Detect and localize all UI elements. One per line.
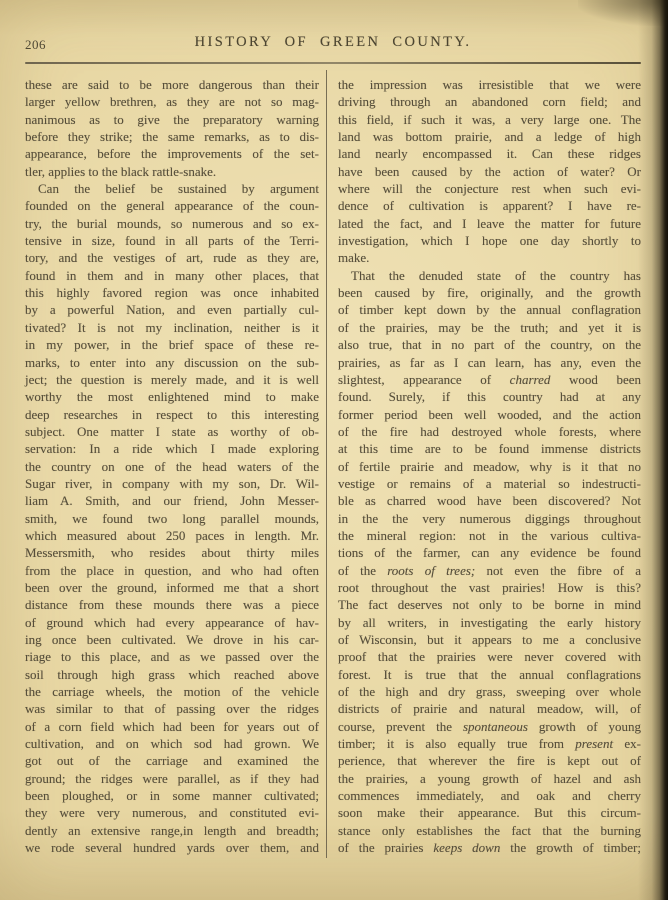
header-rule — [25, 62, 641, 64]
text-line: of the prairies, may be the truth; and y… — [338, 319, 641, 336]
text-line: by a powerful Nation, and even partially… — [25, 301, 319, 318]
text-line: vestige or remains of a material so inde… — [338, 475, 641, 492]
text-line: Messersmith, who resides about thirty mi… — [25, 544, 319, 561]
text-line: found. Surely, if this country had at an… — [338, 388, 641, 405]
text-line: been caused by fire, originally, and the… — [338, 284, 641, 301]
text-line: at this time are to be found immense dis… — [338, 440, 641, 457]
text-line: been over the ground, informed me that a… — [25, 579, 319, 596]
text-line: land nearly encompassed it. Can these ri… — [338, 145, 641, 162]
text-line: also true, that in no part of the countr… — [338, 336, 641, 353]
text-line: tler, applies to the black rattle-snake. — [25, 163, 319, 180]
text-line: marks, to enter into any discussion on t… — [25, 354, 319, 371]
text-line: commences immediately, and oak and cherr… — [338, 787, 641, 804]
text-line: land was bottom prairie, and a ledge of … — [338, 128, 641, 145]
text-line: proof that the prairies were never cover… — [338, 648, 641, 665]
text-line: by all writers, in investigating the ear… — [338, 614, 641, 631]
text-line: of the high and dry grass, sweeping over… — [338, 683, 641, 700]
text-line: slightest, appearance of charred wood be… — [338, 371, 641, 388]
text-line: dence of cultivation is apparent? I have… — [338, 197, 641, 214]
text-line: driving through an abandoned corn field;… — [338, 93, 641, 110]
text-line: founded on the general appearance of the… — [25, 197, 319, 214]
text-line: stance only establishes the fact that th… — [338, 822, 641, 839]
text-line: been ploughed, or in some manner cultiva… — [25, 787, 319, 804]
text-line: found in them and in many other places, … — [25, 267, 319, 284]
text-line: these are said to be more dangerous than… — [25, 76, 319, 93]
text-line: they were very numerous, and constituted… — [25, 804, 319, 821]
text-line: which measured about 250 paces in length… — [25, 527, 319, 544]
text-line: ject; the question is merely made, and i… — [25, 371, 319, 388]
text-line: appearance, before the improvements of t… — [25, 145, 319, 162]
text-line: The fact deserves not only to be borne i… — [338, 596, 641, 613]
text-line: larger yellow brethren, as they are not … — [25, 93, 319, 110]
text-line: of a corn field which had been for years… — [25, 718, 319, 735]
text-line: tions of the farmer, can any evidence be… — [338, 544, 641, 561]
text-line: have been caused by the action of water?… — [338, 163, 641, 180]
text-line: cultivation, and on which sod had grown.… — [25, 735, 319, 752]
text-line: was similar to that of passing over the … — [25, 700, 319, 717]
text-line: we rode several hundred yards over them,… — [25, 839, 319, 856]
text-line: subject. One matter I state as worthy of… — [25, 423, 319, 440]
text-line: ing once been cultivated. We drove in hi… — [25, 631, 319, 648]
text-line: riage to this place, and as we passed ov… — [25, 648, 319, 665]
text-line: Sugar river, in company with my son, Dr.… — [25, 475, 319, 492]
text-line: soil through high grass which reached ab… — [25, 666, 319, 683]
text-line: prairies, as far as I can learn, has any… — [338, 354, 641, 371]
text-line: of fertile prairie and meadow, why is it… — [338, 458, 641, 475]
text-line: Can the belief be sustained by argument — [25, 180, 319, 197]
text-line: course, prevent the spontaneous growth o… — [338, 718, 641, 735]
text-line: from the place in question, and who had … — [25, 562, 319, 579]
text-line: former period been well wooded, and the … — [338, 406, 641, 423]
right-text-column: the impression was irresistible that we … — [338, 76, 641, 856]
text-line: lated the fact, and I leave the matter f… — [338, 215, 641, 232]
text-line: perience, that wherever the fire is kept… — [338, 752, 641, 769]
text-line: this highly favored region was once inha… — [25, 284, 319, 301]
text-line: ground; the ridges were parallel, as if … — [25, 770, 319, 787]
text-line: of timber kept down by the annual confla… — [338, 301, 641, 318]
text-line: smith, we found two long parallel mounds… — [25, 510, 319, 527]
text-line: in my power, in the brief space of these… — [25, 336, 319, 353]
text-line: tivated? It is not my inclination, neith… — [25, 319, 319, 336]
text-line: nanimous as to give the preparatory warn… — [25, 111, 319, 128]
text-line: distance from these mounds there was a p… — [25, 596, 319, 613]
text-line: dently an extensive range,in length and … — [25, 822, 319, 839]
text-line: root throughout the vast prairies! How i… — [338, 579, 641, 596]
book-page: 206 HISTORY OF GREEN COUNTY. these are s… — [0, 0, 668, 900]
text-line: forest. It is true that the annual confl… — [338, 666, 641, 683]
text-line: tory, and the vestiges of art, rude as t… — [25, 249, 319, 266]
text-line: the prairies, a young growth of hazel an… — [338, 770, 641, 787]
page-right-edge-shadow — [638, 0, 668, 900]
text-line: investigation, which I hope one day shor… — [338, 232, 641, 249]
running-head-title: HISTORY OF GREEN COUNTY. — [25, 34, 641, 51]
text-line: of the prairies keeps down the growth of… — [338, 839, 641, 856]
text-line: of Wisconsin, but it appears to me a con… — [338, 631, 641, 648]
text-line: the country on one of the head waters of… — [25, 458, 319, 475]
text-line: servation: In a ride which I made explor… — [25, 440, 319, 457]
column-divider-rule — [326, 70, 327, 858]
text-line: of ground which had every appearance of … — [25, 614, 319, 631]
text-line: got out of the carriage and examined the — [25, 752, 319, 769]
text-line: the impression was irresistible that we … — [338, 76, 641, 93]
text-line: the mineral region: not in the various c… — [338, 527, 641, 544]
text-line: ble as charred wood have been discovered… — [338, 492, 641, 509]
text-line: of the roots of trees; not even the fibr… — [338, 562, 641, 579]
text-line: tensive in size, found in all parts of t… — [25, 232, 319, 249]
text-line: where will the conjecture rest when such… — [338, 180, 641, 197]
text-line: That the denuded state of the country ha… — [338, 267, 641, 284]
text-line: try, the burial mounds, so numerous and … — [25, 215, 319, 232]
text-line: liam A. Smith, and our friend, John Mess… — [25, 492, 319, 509]
text-line: of the fire had destroyed whole forests,… — [338, 423, 641, 440]
text-line: districts of prairie and natural meadow,… — [338, 700, 641, 717]
text-line: timber; it is also equally true from pre… — [338, 735, 641, 752]
text-line: worthy the most enlightened mind to make — [25, 388, 319, 405]
text-line: soon make their appearance. But this cir… — [338, 804, 641, 821]
text-line: in the the very numerous diggings throug… — [338, 510, 641, 527]
left-text-column: these are said to be more dangerous than… — [25, 76, 319, 856]
text-line: before they strike; the same remarks, as… — [25, 128, 319, 145]
text-line: deep researches in respect to this inter… — [25, 406, 319, 423]
text-line: this field, if such it was, a very large… — [338, 111, 641, 128]
text-line: make. — [338, 249, 641, 266]
page-corner-shadow — [578, 0, 668, 26]
text-line: the carriage wheels, the motion of the v… — [25, 683, 319, 700]
